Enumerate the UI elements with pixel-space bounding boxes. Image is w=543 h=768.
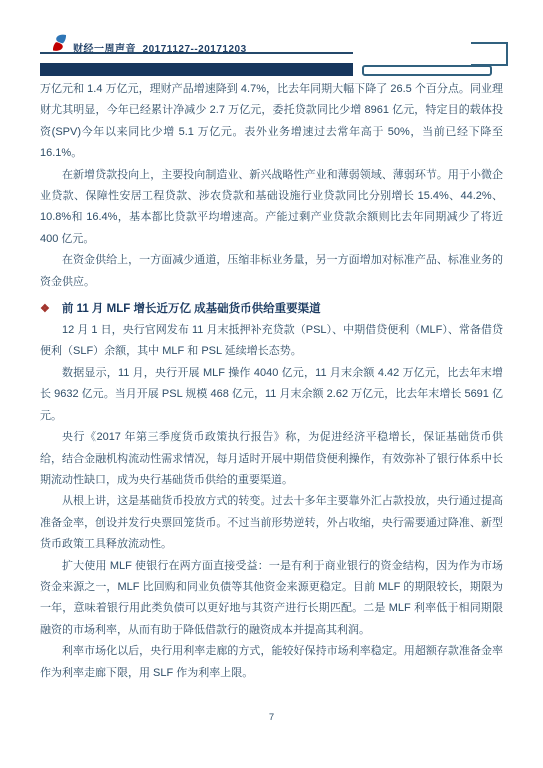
header-divider [40,52,353,54]
diamond-bullet-icon: ❖ [40,303,50,315]
body-paragraph: 利率市场化以后，央行用利率走廊的方式，能较好保持市场利率稳定。用超额存款准备金率… [40,641,503,684]
empty-textbox-outline [362,65,492,76]
body-paragraph: 扩大使用 MLF 使银行在两方面直接受益：一是有利于商业银行的资金结构，因为作为… [40,556,503,642]
empty-textbox-outline [471,42,508,66]
body-paragraph: 从根上讲，这是基础货币投放方式的转变。过去十多年主要靠外汇占款投放，央行通过提高… [40,491,503,555]
page-number: 7 [0,712,543,723]
title-bar [40,63,353,76]
body-paragraph: 央行《2017 年第三季度货币政策执行报告》称，为促进经济平稳增长，保证基础货币… [40,427,503,491]
section-heading-text: 前 11 月 MLF 增长近万亿 成基础货币供给重要渠道 [62,303,321,315]
page-body: 万亿元和 1.4 万亿元，理财产品增速降到 4.7%，比去年同期大幅下降了 26… [40,79,503,684]
body-paragraph: 12 月 1 日，央行官网发布 11 月末抵押补充贷款（PSL）、中期借贷便利（… [40,320,503,363]
body-paragraph: 在资金供给上，一方面减少通道，压缩非标业务量，另一方面增加对标准产品、标准业务的… [40,250,503,293]
brand-logo-icon [51,34,68,52]
body-paragraph: 在新增贷款投向上，主要投向制造业、新兴战略性产业和薄弱领域、薄弱环节。用于小微企… [40,165,503,251]
body-paragraph: 万亿元和 1.4 万亿元，理财产品增速降到 4.7%，比去年同期大幅下降了 26… [40,79,503,165]
document-page: 财经一周声音 20171127--20171203 万亿元和 1.4 万亿元，理… [0,0,543,768]
section-heading: ❖前 11 月 MLF 增长近万亿 成基础货币供给重要渠道 [40,298,503,320]
body-paragraph: 数据显示，11 月，央行开展 MLF 操作 4040 亿元，11 月末余额 4.… [40,363,503,427]
